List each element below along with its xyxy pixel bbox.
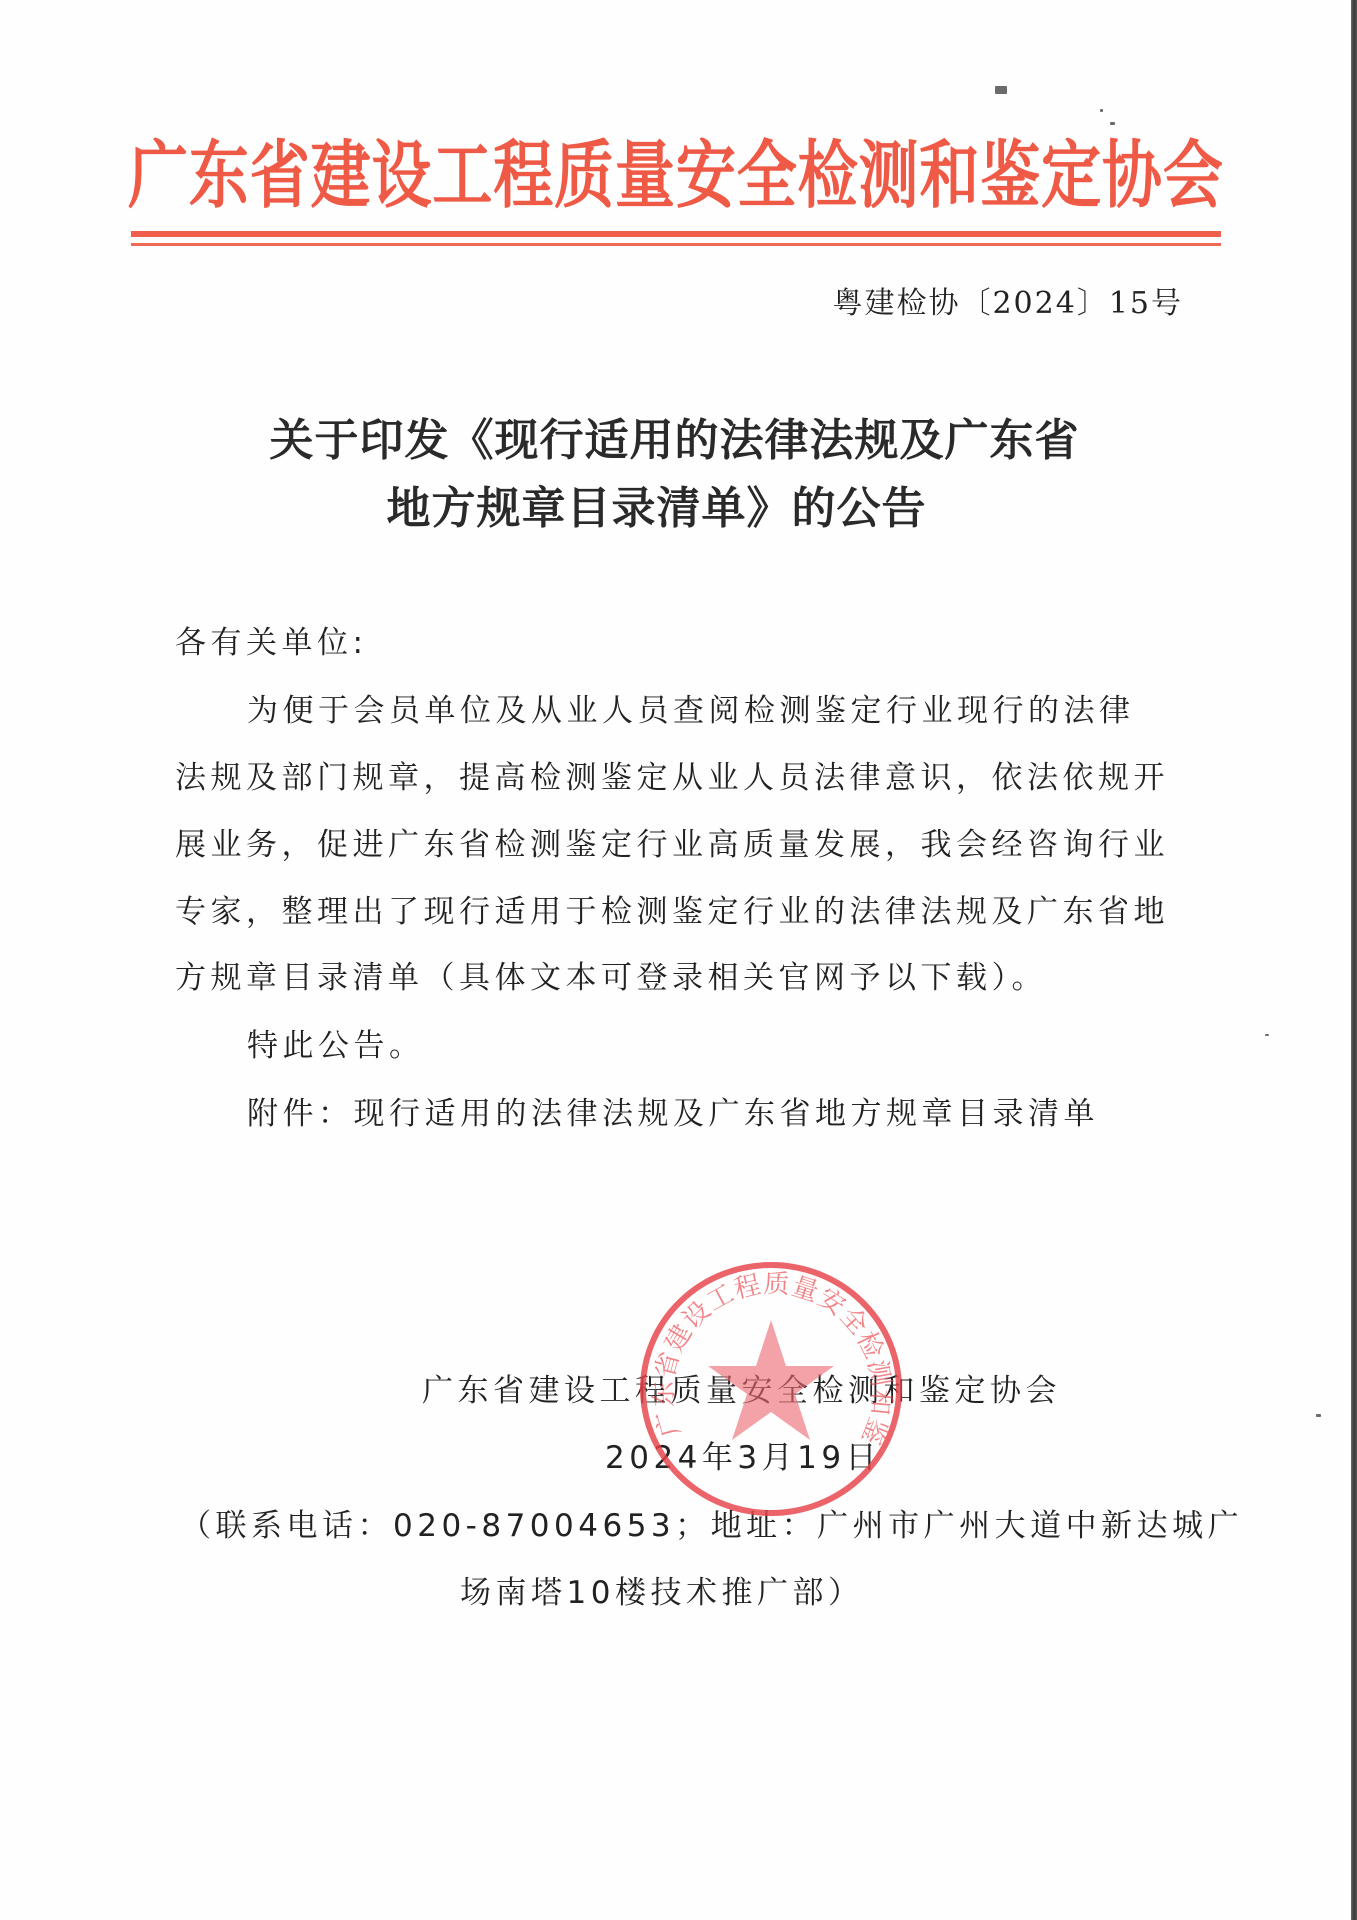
letterhead-char: 安 [676, 139, 736, 212]
letterhead-rule-thin [131, 243, 1221, 246]
scan-edge [1351, 0, 1357, 1920]
letterhead-title: 广东省建设工程质量安全检测和鉴定协会 [128, 134, 1223, 218]
scan-speck [995, 86, 1007, 94]
paragraph-line: 为便于会员单位及从业人员查阅检测鉴定行业现行的法律 [247, 685, 1135, 730]
document-number: 粤建检协〔2024〕15号 [832, 278, 1183, 322]
contact-info-line-1: （联系电话：020-87004653；地址：广州市广州大道中新达城广 [180, 1500, 1243, 1545]
letterhead-char: 全 [737, 139, 797, 212]
attachment-reference: 附件：现行适用的法律法规及广东省地方规章目录清单 [247, 1088, 1099, 1133]
document-title-line-1: 关于印发《现行适用的法律法规及广东省 [0, 404, 1353, 468]
letterhead-char: 东 [189, 139, 249, 212]
scan-speck [1316, 1414, 1321, 1417]
letterhead-char: 质 [554, 139, 614, 212]
document-title-line-2: 地方规章目录清单》的公告 [0, 472, 1335, 536]
signature-organization: 广东省建设工程质量安全检测和鉴定协会 [422, 1365, 1061, 1410]
letterhead-char: 定 [1041, 139, 1101, 212]
letterhead-char: 测 [859, 139, 919, 212]
letterhead-char: 广 [128, 139, 188, 212]
paragraph-line: 展业务，促进广东省检测鉴定行业高质量发展，我会经咨询行业 [175, 819, 1169, 864]
contact-info-line-2: 场南塔10楼技术推广部） [460, 1567, 863, 1612]
svg-text:广东省建设工程质量安全检测和鉴定协会: 广东省建设工程质量安全检测和鉴定协会 [636, 1258, 896, 1449]
letterhead-char: 建 [311, 139, 371, 212]
document-page: 广东省建设工程质量安全检测和鉴定协会 粤建检协〔2024〕15号 关于印发《现行… [0, 0, 1357, 1920]
letterhead-char: 检 [798, 139, 858, 212]
letterhead-char: 省 [250, 139, 310, 212]
paragraph-line: 法规及部门规章，提高检测鉴定从业人员法律意识，依法依规开 [175, 752, 1169, 797]
letterhead-char: 工 [432, 139, 492, 212]
letterhead-char: 会 [1163, 139, 1223, 212]
paragraph-line: 方规章目录清单（具体文本可登录相关官网予以下载）。 [175, 952, 1047, 997]
closing-statement: 特此公告。 [247, 1020, 425, 1065]
letterhead-rule-thick [131, 231, 1221, 237]
salutation: 各有关单位: [175, 617, 367, 662]
letterhead-char: 程 [493, 139, 553, 212]
letterhead-char: 设 [372, 139, 432, 212]
paragraph-line: 专家，整理出了现行适用于检测鉴定行业的法律法规及广东省地 [175, 886, 1169, 931]
signature-date: 2024年3月19日 [605, 1432, 881, 1477]
scan-speck [1265, 1034, 1269, 1036]
letterhead-char: 协 [1102, 139, 1162, 212]
letterhead-char: 量 [615, 139, 675, 212]
letterhead-char: 和 [919, 139, 979, 212]
letterhead-char: 鉴 [980, 139, 1040, 212]
scan-speck [1110, 122, 1115, 125]
scan-speck [1100, 109, 1103, 112]
